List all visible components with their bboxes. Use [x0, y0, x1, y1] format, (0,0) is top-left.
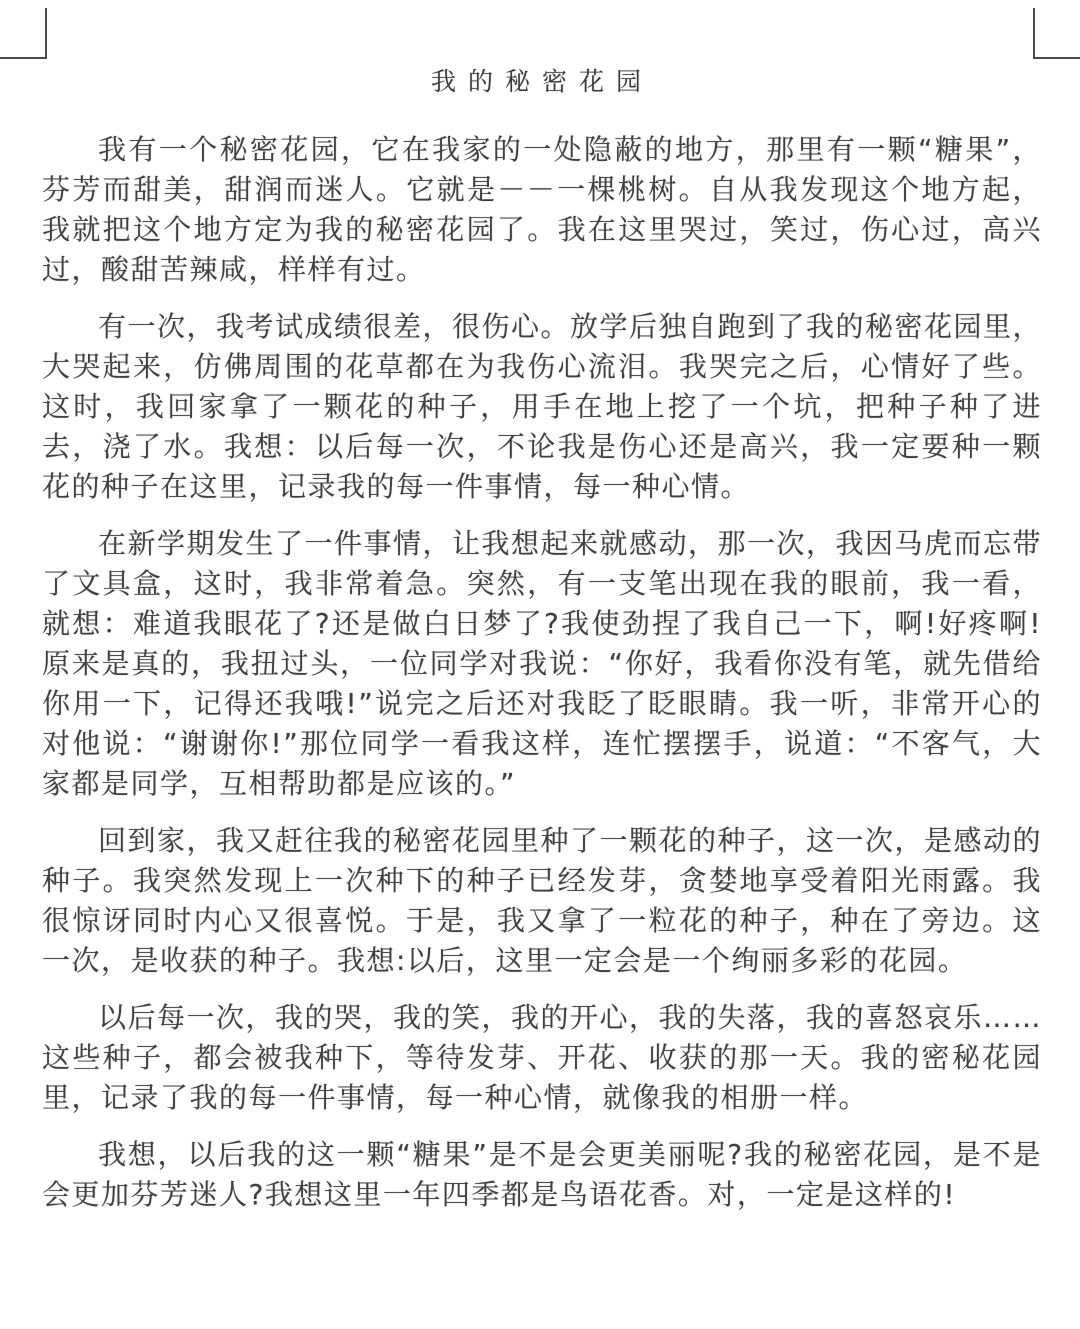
crop-mark-top-left: [0, 8, 47, 59]
essay-paragraph: 有一次，我考试成绩很差，很伤心。放学后独自跑到了我的秘密花园里，大哭起来，仿佛周…: [42, 307, 1042, 507]
essay-paragraph: 我想，以后我的这一颗“糖果”是不是会更美丽呢?我的秘密花园，是不是会更加芬芳迷人…: [42, 1135, 1042, 1215]
essay-title: 我的秘密花园: [42, 62, 1042, 98]
essay-paragraph: 回到家，我又赶往我的秘密花园里种了一颗花的种子，这一次，是感动的种子。我突然发现…: [42, 821, 1042, 981]
essay-body: 我有一个秘密花园，它在我家的一处隐蔽的地方，那里有一颗“糖果”，芬芳而甜美，甜润…: [42, 130, 1042, 1215]
essay-paragraph: 以后每一次，我的哭，我的笑，我的开心，我的失落，我的喜怒哀乐…… 这些种子，都会…: [42, 998, 1042, 1118]
essay-sheet: 我的秘密花园 我有一个秘密花园，它在我家的一处隐蔽的地方，那里有一颗“糖果”，芬…: [42, 0, 1042, 1232]
document-page: { "page": { "title": "我的秘密花园", "paragrap…: [0, 0, 1080, 1329]
essay-paragraph: 在新学期发生了一件事情，让我想起来就感动，那一次，我因马虎而忘带了文具盒，这时，…: [42, 524, 1042, 804]
essay-paragraph: 我有一个秘密花园，它在我家的一处隐蔽的地方，那里有一颗“糖果”，芬芳而甜美，甜润…: [42, 130, 1042, 290]
